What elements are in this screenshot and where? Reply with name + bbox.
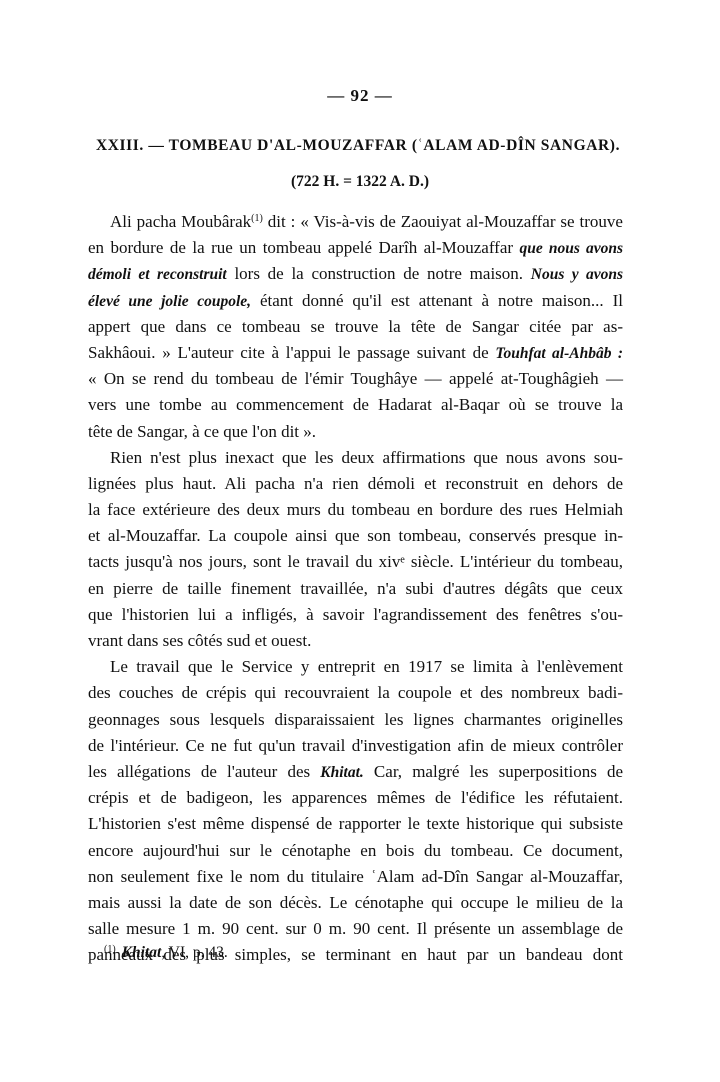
footnote: (1)Khitat, VI, p. 43. <box>104 944 228 962</box>
text-line: encore aujourd'hui sur le cénotaphe en b… <box>88 838 623 864</box>
text-line: vrant dans ses côtés sud et ouest. <box>88 628 623 654</box>
text-line: non seulement fixe le nom du titulaire ʿ… <box>88 864 623 890</box>
text-line: Ali pacha Moubârak(1) dit : « Vis-à-vis … <box>88 209 623 235</box>
footnote-text: , VI, p. 43. <box>161 944 227 961</box>
text-line: que l'historien lui a infligés, à savoir… <box>88 602 623 628</box>
text-line: Le travail que le Service y entreprit en… <box>88 654 623 680</box>
text-line: et al-Mouzaffar. La coupole ainsi que so… <box>88 523 623 549</box>
text-line: Rien n'est plus inexact que les deux aff… <box>88 445 623 471</box>
text-line: les allégations de l'auteur des Khitat. … <box>88 759 623 785</box>
footnote-ref[interactable]: (1) <box>251 213 263 224</box>
text-line: salle mesure 1 m. 90 cent. sur 0 m. 90 c… <box>88 916 623 942</box>
text-line: des couches de crépis qui recouvraient l… <box>88 680 623 706</box>
text-line: appert que dans ce tombeau se trouve la … <box>88 314 623 340</box>
text-line: en pierre de taille finement travaillée,… <box>88 576 623 602</box>
text-line: vers une tombe au commencement de Hadara… <box>88 392 623 418</box>
text-line: geonnages sous lesquels disparaissaient … <box>88 707 623 733</box>
section-date: (722 H. = 1322 A. D.) <box>0 173 720 191</box>
text-line: Sakhâoui. » L'auteur cite à l'appui le p… <box>88 340 623 366</box>
text-line: lignées plus haut. Ali pacha n'a rien dé… <box>88 471 623 497</box>
footnote-title: Khitat <box>122 944 162 961</box>
text-line: « On se rend du tombeau de l'émir Toughâ… <box>88 366 623 392</box>
text-line: crépis et de badigeon, les apparences mê… <box>88 785 623 811</box>
text-line: L'historien s'est même dispensé de rappo… <box>88 811 623 837</box>
text-line: mais aussi la date de son décès. Le céno… <box>88 890 623 916</box>
text-line: en bordure de la rue un tombeau appelé D… <box>88 235 623 261</box>
body-text: Ali pacha Moubârak(1) dit : « Vis-à-vis … <box>88 209 623 968</box>
text-line: élevé une jolie coupole, étant donné qu'… <box>88 288 623 314</box>
text-line: démoli et reconstruit lors de la constru… <box>88 261 623 287</box>
text-line: tête de Sangar, à ce que l'on dit ». <box>88 419 623 445</box>
page-number: — 92 — <box>0 86 720 106</box>
text-line: la face extérieure des deux murs du tomb… <box>88 497 623 523</box>
text-line: tacts jusqu'à nos jours, sont le travail… <box>88 549 623 575</box>
footnote-mark: (1) <box>104 944 116 955</box>
section-heading: XXIII. — TOMBEAU D'AL-MOUZAFFAR (ʿALAM A… <box>88 137 628 155</box>
text-line: de l'intérieur. Ce ne fut qu'un travail … <box>88 733 623 759</box>
